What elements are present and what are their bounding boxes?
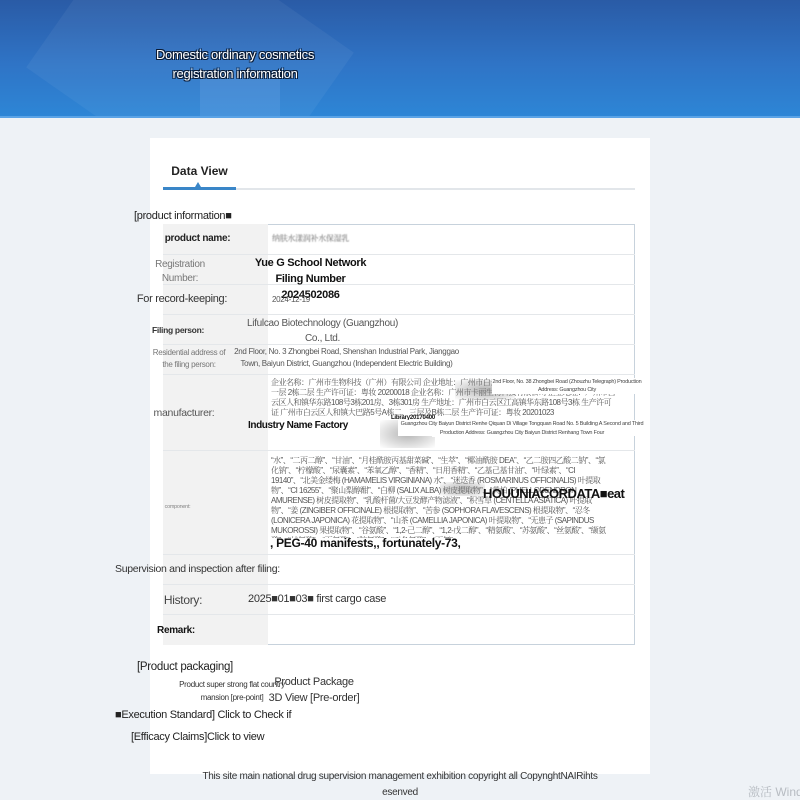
row-divider (163, 584, 635, 585)
row-divider (163, 254, 635, 255)
value-filing-address: 2nd Floor, No. 3 Zhongbei Road, Shenshan… (234, 346, 459, 370)
label-remark: Remark: (155, 624, 197, 638)
manufacturer-overlay-address-1: 2nd Floor, No. 38 Zhongbei Road (Zhouzhu… (492, 378, 642, 394)
banner-divider (0, 116, 800, 118)
product-package-3d-link[interactable]: Product Package 3D View [Pre-order] (268, 674, 360, 706)
row-divider (163, 284, 635, 285)
component-overlay: HOUUNIACORDATA■eat (483, 486, 624, 501)
section-supervision: Supervision and inspection after filing: (115, 563, 280, 575)
tab-active-indicator (163, 187, 236, 190)
row-divider (163, 554, 635, 555)
row-divider (163, 450, 635, 451)
page-title: Domestic ordinary cosmetics registration… (150, 45, 320, 83)
row-divider (163, 314, 635, 315)
activate-windows-watermark: 激活 Windo (748, 783, 800, 800)
label-filing-address: Residential address of the filing person… (150, 347, 228, 371)
footer-copyright: This site main national drug supervision… (190, 769, 610, 800)
label-record-keeping: For record-keeping: (136, 292, 228, 306)
efficacy-claims-link[interactable]: [Efficacy Claims]Click to view (131, 731, 264, 743)
section-product-information: [product information■ (134, 210, 232, 222)
row-divider (163, 614, 635, 615)
value-product-name: 纳肤水漾润补水保湿乳 (272, 232, 349, 246)
blur-artifact (440, 482, 485, 496)
manufacturer-overlay-label: Industry Name Factory (248, 420, 348, 431)
execution-standard-link[interactable]: ■Execution Standard] Click to Check if (115, 709, 291, 721)
value-record-keeping: 2024-12-19 (272, 293, 310, 307)
row-divider (163, 374, 635, 375)
value-filing-person: Lifulcao Biotechnology (Guangzhou) Co., … (240, 316, 405, 346)
label-registration-number: Registration Number: (150, 258, 210, 286)
value-history: 2025■01■03■ first cargo case (248, 592, 386, 606)
label-manufacturer: manufacturer: (150, 406, 218, 420)
section-product-packaging: [Product packaging] (137, 661, 233, 673)
label-product-name: product name: (150, 232, 245, 246)
label-filing-person: Filing person: (152, 323, 204, 337)
header-banner (0, 0, 800, 117)
value-registration-number: Yue G School Network Filing Number 20245… (248, 255, 373, 303)
manufacturer-overlay-address-3: Production Address: Guangzhou City Baiyu… (432, 429, 612, 437)
component-overlay-tail: , PEG-40 manifests,, fortunately-73, (270, 536, 461, 550)
caret-up-icon (195, 182, 201, 187)
label-component: component: (150, 500, 205, 514)
label-history: History: (150, 593, 216, 607)
